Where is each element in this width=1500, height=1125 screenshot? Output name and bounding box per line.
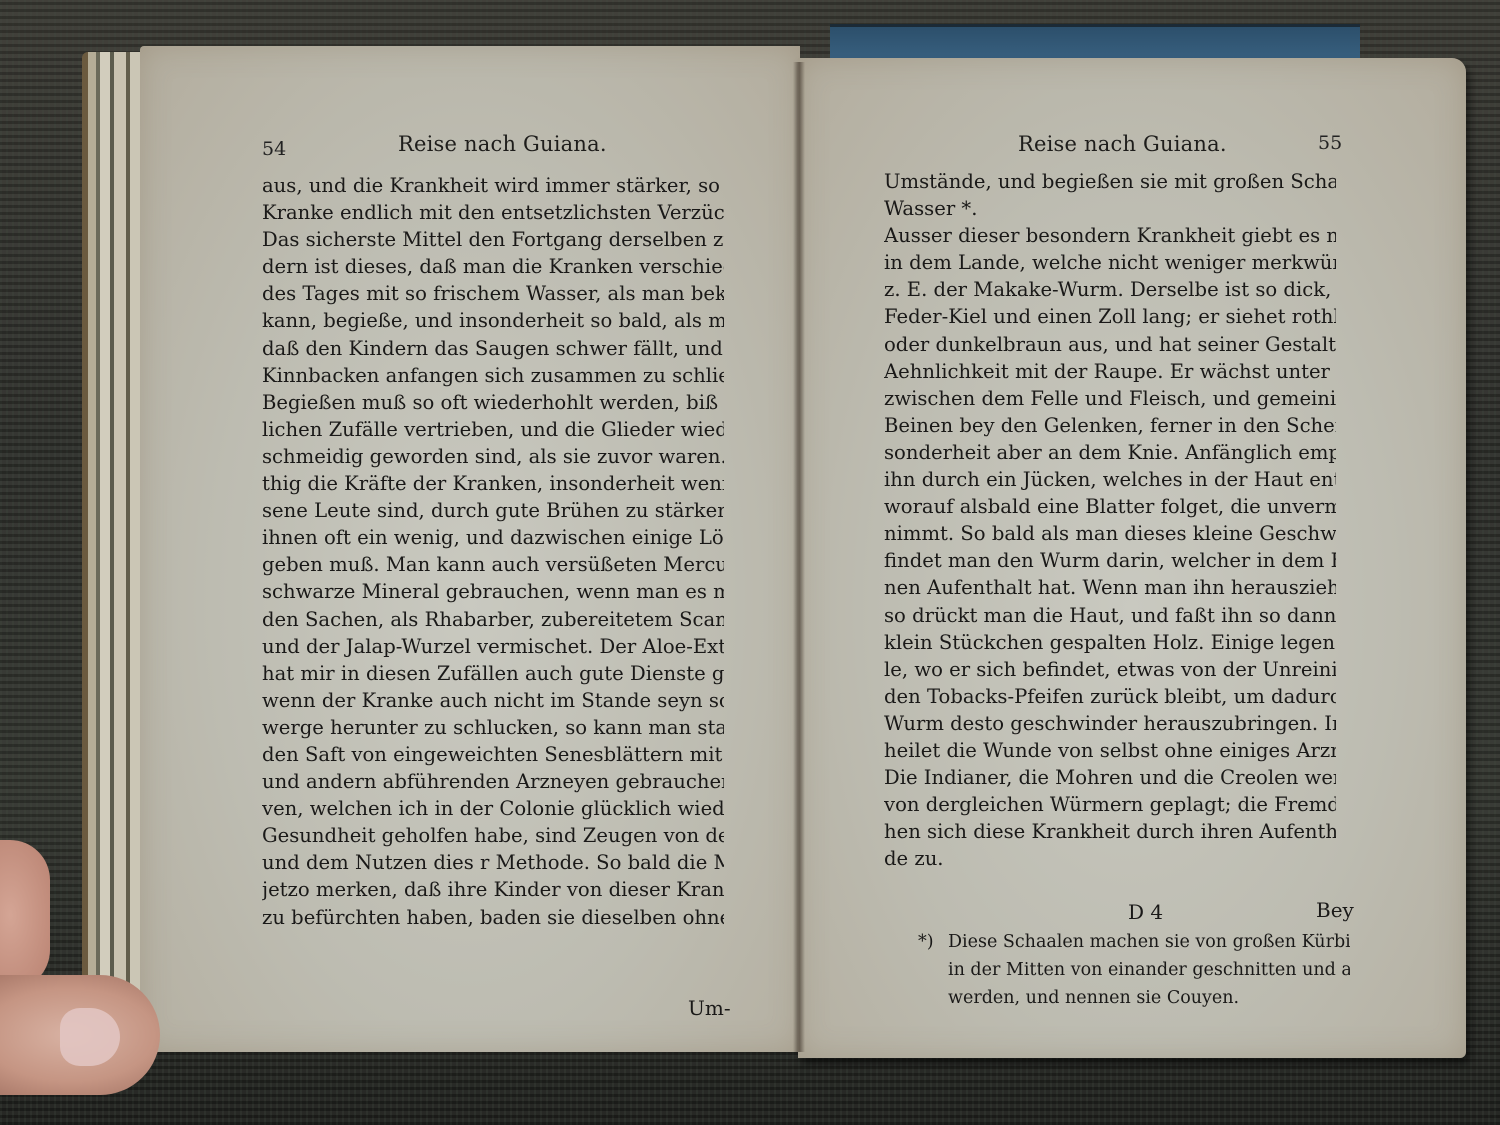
footnote: Diese Schaalen machen sie von großen Kür…	[948, 928, 1350, 1012]
text-line: kann, begieße, und insonderheit so bald,…	[262, 307, 724, 334]
text-line: Wasser *.	[884, 195, 1336, 222]
text-line: Begießen muß so oft wiederhohlt werden, …	[262, 389, 724, 416]
text-line: heilet die Wunde von selbst ohne einiges…	[884, 737, 1336, 764]
text-line: Wurm desto geschwinder herauszubringen. …	[884, 710, 1336, 737]
text-line: sonderheit aber an dem Knie. Anfänglich …	[884, 439, 1336, 466]
footnote-line: werden, und nennen sie Couyen.	[948, 984, 1350, 1012]
left-catchword: Um-	[688, 996, 731, 1020]
text-line: so drückt man die Haut, und faßt ihn so …	[884, 602, 1336, 629]
text-line: Ausser dieser besondern Krankheit giebt …	[884, 222, 1336, 249]
signature-mark: D 4	[1128, 900, 1163, 924]
right-catchword: Bey	[1316, 898, 1354, 922]
book-gutter	[793, 62, 805, 1052]
text-line: Kranke endlich mit den entsetzlichsten V…	[262, 199, 724, 226]
text-line: nen Aufenthalt hat. Wenn man ihn herausz…	[884, 574, 1336, 601]
text-line: ven, welchen ich in der Colonie glücklic…	[262, 795, 724, 822]
footnote-line: in der Mitten von einander geschnitten u…	[948, 956, 1350, 984]
text-line: und der Jalap-Wurzel vermischet. Der Alo…	[262, 633, 724, 660]
text-line: le, wo er sich befindet, etwas von der U…	[884, 656, 1336, 683]
text-line: nimmt. So bald als man dieses kleine Ges…	[884, 520, 1336, 547]
text-line: z. E. der Makake-Wurm. Derselbe ist so d…	[884, 276, 1336, 303]
text-line: wenn der Kranke auch nicht im Stande sey…	[262, 687, 724, 714]
text-line: jetzo merken, daß ihre Kinder von dieser…	[262, 876, 724, 903]
text-line: Umstände, und begießen sie mit großen Sc…	[884, 168, 1336, 195]
book-page-edges	[82, 52, 142, 1052]
text-line: schwarze Mineral gebrauchen, wenn man es…	[262, 578, 724, 605]
text-line: geben muß. Man kann auch versüßeten Merc…	[262, 551, 724, 578]
text-line: werge herunter zu schlucken, so kann man…	[262, 714, 724, 741]
right-page-number: 55	[1318, 132, 1342, 154]
right-running-head: Reise nach Guiana.	[1018, 132, 1227, 156]
thumbnail	[60, 1008, 120, 1066]
text-line: dern ist dieses, daß man die Kranken ver…	[262, 253, 724, 280]
text-line: den Tobacks-Pfeifen zurück bleibt, um da…	[884, 683, 1336, 710]
text-line: des Tages mit so frischem Wasser, als ma…	[262, 280, 724, 307]
text-line: Feder-Kiel und einen Zoll lang; er siehe…	[884, 303, 1336, 330]
footnote-line: Diese Schaalen machen sie von großen Kür…	[948, 928, 1350, 956]
text-line: zu befürchten haben, baden sie dieselben…	[262, 904, 724, 931]
text-line: in dem Lande, welche nicht weniger merkw…	[884, 249, 1336, 276]
text-line: und dem Nutzen dies r Methode. So bald d…	[262, 849, 724, 876]
text-line: aus, und die Krankheit wird immer stärke…	[262, 172, 724, 199]
text-line: von dergleichen Würmern geplagt; die Fre…	[884, 791, 1336, 818]
text-line: worauf alsbald eine Blatter folget, die …	[884, 493, 1336, 520]
text-line: lichen Zufälle vertrieben, und die Glied…	[262, 416, 724, 443]
text-line: ihn durch ein Jücken, welches in der Hau…	[884, 466, 1336, 493]
holding-finger	[0, 840, 50, 990]
text-line: oder dunkelbraun aus, und hat seiner Ges…	[884, 331, 1336, 358]
text-line: Gesundheit geholfen habe, sind Zeugen vo…	[262, 822, 724, 849]
text-line: daß den Kindern das Saugen schwer fällt,…	[262, 335, 724, 362]
text-line: den Saft von eingeweichten Senesblättern…	[262, 741, 724, 768]
left-page-number: 54	[262, 138, 286, 160]
text-line: sene Leute sind, durch gute Brühen zu st…	[262, 497, 724, 524]
text-line: findet man den Wurm darin, welcher in de…	[884, 547, 1336, 574]
text-line: den Sachen, als Rhabarber, zubereitetem …	[262, 606, 724, 633]
text-line: klein Stückchen gespalten Holz. Einige l…	[884, 629, 1336, 656]
text-line: de zu.	[884, 845, 1336, 872]
text-line: thig die Kräfte der Kranken, insonderhei…	[262, 470, 724, 497]
text-line: Die Indianer, die Mohren und die Creolen…	[884, 764, 1336, 791]
right-page-body: Umstände, und begießen sie mit großen Sc…	[884, 168, 1336, 872]
text-line: hen sich diese Krankheit durch ihren Auf…	[884, 818, 1336, 845]
text-line: und andern abführenden Arzneyen gebrauch…	[262, 768, 724, 795]
text-line: Beinen bey den Gelenken, ferner in den S…	[884, 412, 1336, 439]
text-line: Kinnbacken anfangen sich zusammen zu sch…	[262, 362, 724, 389]
text-line: ihnen oft ein wenig, und dazwischen eini…	[262, 524, 724, 551]
text-line: hat mir in diesen Zufällen auch gute Die…	[262, 660, 724, 687]
left-page-body: aus, und die Krankheit wird immer stärke…	[262, 172, 724, 931]
text-line: Das sicherste Mittel den Fortgang dersel…	[262, 226, 724, 253]
footnote-marker: *)	[918, 928, 934, 956]
text-line: Aehnlichkeit mit der Raupe. Er wächst un…	[884, 358, 1336, 385]
text-line: zwischen dem Felle und Fleisch, und geme…	[884, 385, 1336, 412]
left-running-head: Reise nach Guiana.	[398, 132, 607, 156]
text-line: schmeidig geworden sind, als sie zuvor w…	[262, 443, 724, 470]
